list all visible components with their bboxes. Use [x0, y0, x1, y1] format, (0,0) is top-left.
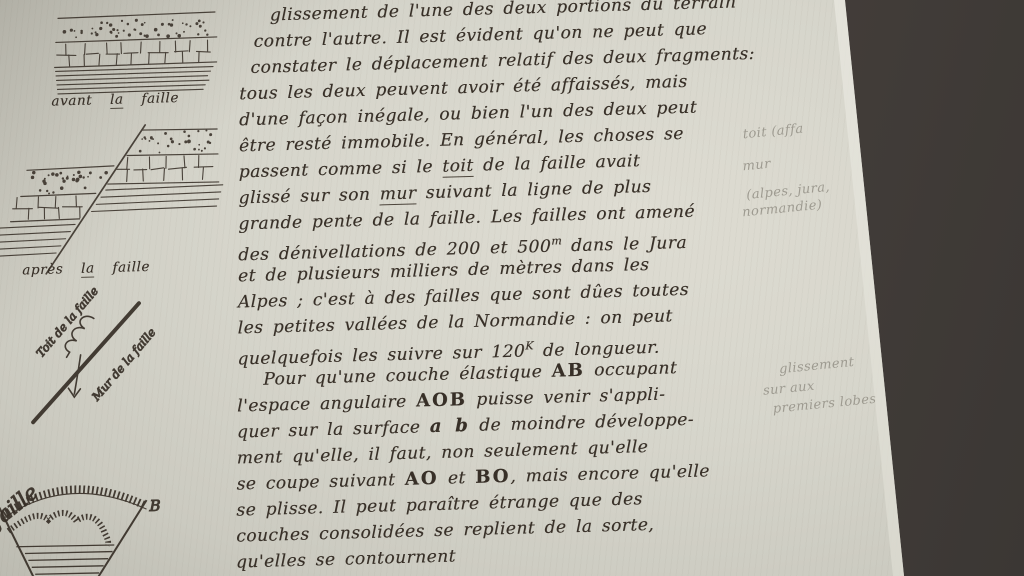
conglomerate-dot	[95, 33, 98, 36]
conglomerate-dot	[204, 29, 206, 31]
label-word: faille	[141, 90, 179, 107]
fault-line	[46, 125, 145, 274]
stratum-stroke	[96, 199, 218, 204]
stratum-stroke	[121, 43, 122, 54]
conglomerate-dot	[209, 133, 212, 136]
conglomerate-dot	[176, 32, 178, 34]
stratum-stroke	[16, 198, 17, 209]
conglomerate-dot	[145, 34, 149, 38]
conglomerate-dot	[121, 20, 123, 22]
stratum-stroke	[25, 551, 113, 554]
conglomerate-dot	[109, 23, 112, 27]
conglomerate-dot	[128, 33, 131, 36]
strata-after-fault-diagram	[0, 123, 223, 275]
stratum-stroke	[76, 196, 77, 207]
conglomerate-dot	[201, 150, 203, 152]
conglomerate-dot	[198, 144, 200, 146]
conglomerate-dot	[144, 22, 146, 24]
point-b-label: B	[148, 497, 160, 515]
mur-label: Mur de la faille	[88, 325, 158, 404]
text-segment: et	[438, 468, 475, 489]
text-segment: de moindre développe-	[470, 410, 694, 436]
conglomerate-dot	[184, 140, 187, 143]
conglomerate-dot	[112, 28, 115, 31]
conglomerate-dot	[193, 148, 196, 151]
margin-diagrams: Toit de la faille Mur de la faille faill…	[0, 0, 240, 576]
conglomerate-dot	[197, 33, 199, 35]
conglomerate-dot	[73, 174, 75, 176]
label-word: avant	[51, 92, 92, 109]
label-word: après	[22, 261, 63, 278]
stratum-stroke	[202, 167, 203, 179]
conglomerate-dot	[157, 142, 159, 144]
text-segment: K	[525, 339, 533, 352]
stratum-stroke	[99, 54, 100, 65]
conglomerate-dot	[116, 29, 118, 31]
photo-scene: Toit de la faille Mur de la faille faill…	[0, 0, 1024, 576]
stratum-stroke	[151, 168, 164, 170]
conglomerate-dot	[32, 171, 36, 175]
stratum-stroke	[57, 85, 205, 90]
conglomerate-dot	[84, 186, 87, 189]
conglomerate-dot	[205, 129, 207, 131]
stratum-stroke	[58, 207, 59, 218]
text-segment: puisse venir s'appli-	[467, 385, 666, 411]
conglomerate-dot	[199, 25, 202, 28]
text-segment: suivant la ligne de plus	[416, 177, 651, 204]
conglomerate-dot	[164, 132, 167, 135]
stratum-stroke	[127, 169, 128, 181]
conglomerate-dot	[62, 180, 65, 183]
conglomerate-dot	[123, 30, 125, 32]
conglomerate-dot	[188, 135, 191, 138]
pencil-note-margin-2: glissement sur aux premiers lobes	[763, 357, 877, 414]
text-segment: AB	[552, 360, 585, 382]
stratum-stroke	[124, 53, 138, 54]
conglomerate-dot	[167, 145, 170, 148]
stratum-stroke	[35, 572, 99, 574]
conglomerate-dot	[198, 20, 201, 23]
stratum-stroke	[101, 192, 221, 197]
conglomerate-dot	[202, 21, 204, 23]
conglomerate-dot	[157, 33, 160, 36]
label-word: la	[81, 260, 95, 277]
text-segment: AO	[405, 468, 439, 490]
conglomerate-dot	[79, 175, 83, 179]
text-segment: se coupe suivant	[237, 470, 405, 495]
conglomerate-dot	[139, 150, 142, 153]
text-segment: quer sur la surface	[237, 417, 430, 442]
conglomerate-dot	[206, 33, 208, 36]
conglomerate-dot	[77, 171, 80, 175]
conglomerate-dot	[66, 177, 69, 180]
bottom-strata-lines	[25, 551, 113, 576]
conglomerate-dot	[31, 176, 35, 180]
text-segment: passent comme si le	[239, 157, 443, 183]
conglomerate-dot	[72, 178, 76, 182]
conglomerate-dot	[195, 22, 198, 25]
stratum-stroke	[57, 80, 209, 85]
stratum-stroke	[116, 54, 117, 65]
stratum-stroke	[127, 157, 128, 169]
stratum-stroke	[55, 196, 56, 207]
conglomerate-dots	[63, 17, 209, 41]
text-segment: mur	[380, 183, 417, 205]
text-segment: , mais encore qu'elle	[510, 461, 710, 487]
text-segment: AOB	[416, 389, 467, 411]
conglomerate-dot	[52, 191, 54, 193]
manuscript-text: glissement de l'une des deux portions du…	[236, 0, 888, 576]
conglomerate-dot	[115, 35, 118, 38]
conglomerate-dot	[182, 22, 184, 24]
conglomerate-dot	[170, 138, 173, 141]
conglomerate-dot	[91, 32, 93, 34]
conglomerate-dot	[183, 31, 185, 33]
conglomerate-dot	[74, 30, 76, 32]
stratum-stroke	[141, 42, 142, 53]
stratum-stroke	[106, 43, 107, 54]
conglomerate-dot	[46, 190, 48, 192]
folded-layer-band	[8, 512, 108, 548]
stratum-stroke	[165, 52, 166, 63]
stratum-stroke	[92, 206, 217, 211]
strata-before-fault-diagram	[54, 12, 216, 94]
conglomerate-dot	[51, 172, 55, 176]
conglomerate-dot	[185, 23, 187, 26]
stratum-stroke	[182, 52, 183, 63]
conglomerate-dot	[70, 29, 73, 32]
stratum-stroke	[0, 232, 70, 236]
toit-label: Toit de la faille	[33, 284, 101, 360]
conglomerate-dot	[62, 177, 64, 180]
conglomerate-dot	[99, 176, 102, 179]
conglomerate-dot	[141, 23, 144, 26]
stratum-stroke	[175, 51, 188, 52]
stratum-stroke	[164, 168, 165, 180]
conglomerate-dot	[139, 32, 142, 35]
thin-strata-lines	[55, 67, 213, 94]
conglomerate-dot	[99, 27, 102, 30]
stratum-stroke	[0, 253, 56, 256]
text-segment: de la faille avait	[474, 151, 641, 176]
pencil-note-margin-1: toit (affa mur (alpes, jura, normandie)	[742, 122, 830, 218]
text-segment: m	[551, 234, 562, 247]
conglomerate-dot	[91, 28, 93, 30]
conglomerate-dot	[48, 174, 50, 176]
stratum-stroke	[0, 246, 61, 249]
stratum-stroke	[175, 41, 176, 52]
conglomerate-dot	[75, 36, 77, 38]
stratum-stroke	[168, 167, 186, 169]
conglomerate-dot	[198, 149, 200, 151]
conglomerate-dot	[154, 28, 158, 32]
stratum-stroke	[28, 208, 29, 219]
conglomerate-dot	[177, 34, 181, 38]
conglomerate-dot	[204, 147, 206, 149]
text-segment: glissé sur son	[239, 184, 380, 208]
label-word: faille	[112, 259, 150, 276]
conglomerate-dot	[161, 23, 164, 26]
stratum-stroke	[0, 239, 66, 242]
stratum-stroke	[189, 41, 190, 52]
text-segment: l'espace angulaire	[237, 392, 416, 417]
stratum-stroke	[184, 156, 185, 168]
stratum-stroke	[57, 76, 208, 81]
text-segment: BO	[475, 466, 510, 488]
conglomerate-dot	[80, 32, 83, 35]
conglomerate-dot	[87, 176, 89, 178]
conglomerate-dot	[82, 176, 84, 179]
stratum-stroke	[56, 67, 213, 72]
conglomerate-dot	[178, 143, 180, 145]
stratum-stroke	[106, 185, 223, 190]
conglomerate-dot	[89, 171, 92, 174]
text-segment: a b	[430, 415, 470, 437]
stratum-stroke	[143, 169, 144, 181]
stratum-stroke	[0, 224, 75, 228]
stratum-stroke	[149, 53, 150, 64]
conglomerate-dot	[141, 138, 143, 140]
conglomerate-dot	[59, 172, 62, 175]
conglomerate-dot	[127, 23, 130, 26]
conglomerate-dot	[197, 130, 199, 132]
conglomerate-dot	[149, 140, 151, 142]
conglomerate-dot	[159, 152, 161, 154]
conglomerate-dot	[166, 34, 170, 38]
stratum-stroke	[85, 44, 86, 55]
stratum-stroke	[13, 208, 33, 209]
conglomerate-dot	[44, 178, 46, 180]
manuscript-page: Toit de la faille Mur de la faille faill…	[0, 0, 1024, 576]
stratum-stroke	[69, 55, 70, 66]
text-segment: occupant	[585, 358, 678, 381]
stratum-stroke	[28, 558, 108, 561]
conglomerate-dot	[135, 19, 138, 22]
conglomerate-dot	[39, 189, 42, 192]
conglomerate-dot	[106, 22, 108, 24]
label-word: la	[110, 92, 124, 109]
brick-layer	[13, 155, 213, 220]
conglomerate-dot	[55, 173, 59, 177]
conglomerate-dot	[100, 21, 103, 24]
conglomerate-dot	[48, 192, 50, 194]
conglomerate-dot	[63, 30, 67, 34]
conglomerate-dot	[183, 130, 186, 133]
text-segment: qu'elles se contournent	[236, 546, 456, 572]
conglomerate-dot	[172, 19, 174, 21]
text-segment: toit	[442, 156, 473, 178]
stratum-stroke	[86, 53, 98, 54]
conglomerate-dot	[104, 171, 108, 175]
pencil-line: mur	[742, 151, 830, 175]
fold-diagram: B	[0, 487, 161, 576]
conglomerate-dot	[60, 186, 64, 190]
fault-plane-diagram: Toit de la faille Mur de la faille faill…	[0, 282, 159, 534]
stratum-stroke	[32, 565, 104, 568]
conglomerate-dot	[118, 32, 120, 34]
conglomerate-dot	[189, 25, 191, 27]
conglomerate-dot	[171, 140, 174, 143]
stratum-stroke	[56, 71, 210, 76]
